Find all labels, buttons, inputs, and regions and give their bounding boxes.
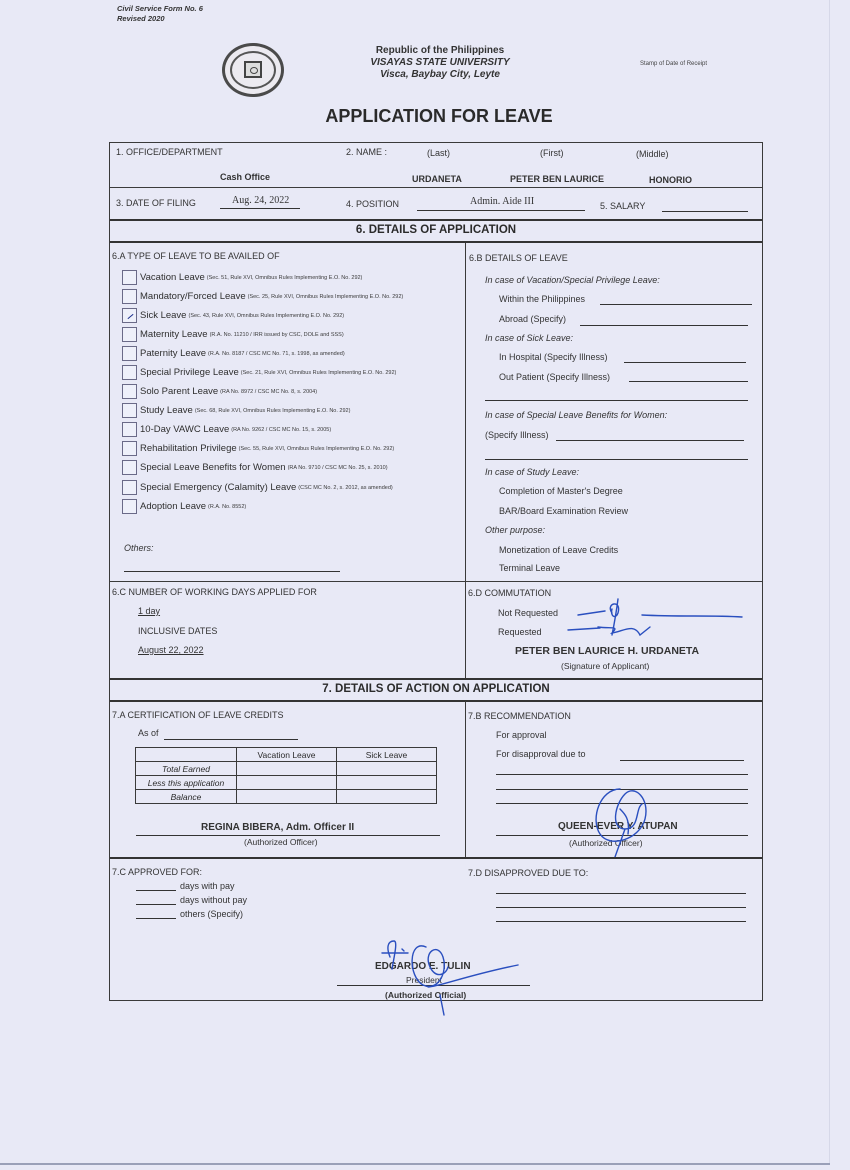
office-value[interactable]: Cash Office	[220, 172, 270, 182]
checkbox[interactable]	[122, 403, 137, 418]
section-7c-title: 7.C APPROVED FOR:	[112, 867, 202, 877]
column-sick-leave: Sick Leave	[337, 748, 437, 762]
section-7-title: 7. DETAILS OF ACTION ON APPLICATION	[110, 683, 762, 695]
university-name: VISAYAS STATE UNIVERSITY	[330, 57, 550, 69]
leave-form: 1. OFFICE/DEPARTMENT 2. NAME : (Last) (F…	[109, 142, 763, 1001]
requested-option[interactable]: Requested	[498, 627, 542, 637]
divider	[110, 187, 762, 188]
days-with-pay-label: days with pay	[180, 881, 235, 891]
applicant-signature-caption: (Signature of Applicant)	[561, 661, 649, 671]
leave-option-calamity[interactable]: Special Emergency (Calamity) Leave(CSC M…	[122, 479, 393, 496]
checkbox[interactable]	[122, 365, 137, 380]
other-purpose-heading: Other purpose:	[485, 525, 545, 535]
others-field[interactable]	[124, 571, 340, 572]
disapproved-reason-line[interactable]	[496, 907, 746, 908]
out-patient-label: Out Patient (Specify Illness)	[499, 372, 610, 382]
section-7b-title: 7.B RECOMMENDATION	[468, 711, 571, 721]
sick-heading: In case of Sick Leave:	[485, 333, 573, 343]
section-6d-title: 6.D COMMUTATION	[468, 588, 551, 598]
section-6a-title: 6.A TYPE OF LEAVE TO BE AVAILED OF	[112, 251, 280, 261]
date-of-filing-value[interactable]: Aug. 24, 2022	[232, 195, 289, 206]
leave-option-women[interactable]: Special Leave Benefits for Women(RA No. …	[122, 459, 388, 476]
for-disapproval-option[interactable]: For disapproval due to	[496, 749, 586, 759]
for-approval-option[interactable]: For approval	[496, 730, 547, 740]
others-specify-field[interactable]	[136, 918, 176, 919]
last-name-label: (Last)	[427, 148, 450, 158]
first-name-value[interactable]: PETER BEN LAURICE	[510, 174, 604, 184]
first-name-label: (First)	[540, 148, 564, 158]
leave-option-special-privilege[interactable]: Special Privilege Leave(Sec. 21, Rule XV…	[122, 364, 396, 381]
applicant-signature-icon	[550, 595, 750, 645]
table-row: Less this application	[136, 776, 437, 790]
last-name-value[interactable]: URDANETA	[412, 174, 462, 184]
section-6-title: 6. DETAILS OF APPLICATION	[110, 224, 762, 236]
form-revision: Revised 2020	[117, 14, 203, 24]
women-specify-field[interactable]	[556, 440, 744, 441]
table-header-row: Vacation Leave Sick Leave	[136, 748, 437, 762]
leave-option-vawc[interactable]: 10-Day VAWC Leave(RA No. 9262 / CSC MC N…	[122, 421, 331, 438]
certifying-officer-caption: (Authorized Officer)	[244, 837, 318, 847]
section-7d-title: 7.D DISAPPROVED DUE TO:	[468, 868, 588, 878]
applicant-name: PETER BEN LAURICE H. URDANETA	[515, 645, 699, 657]
section-6b-title: 6.B DETAILS OF LEAVE	[469, 253, 568, 263]
middle-name-label: (Middle)	[636, 149, 669, 159]
terminal-leave-option[interactable]: Terminal Leave	[499, 563, 560, 573]
checkbox[interactable]	[122, 499, 137, 514]
leave-option-paternity[interactable]: Paternity Leave(R.A. No. 8187 / CSC MC N…	[122, 345, 345, 362]
inclusive-dates-label: INCLUSIVE DATES	[138, 626, 217, 636]
women-specify-label: (Specify Illness)	[485, 430, 549, 440]
leave-option-maternity[interactable]: Maternity Leave(R.A. No. 11210 / IRR iss…	[122, 326, 344, 343]
section-7a-title: 7.A CERTIFICATION OF LEAVE CREDITS	[112, 710, 284, 720]
disapproved-reason-line[interactable]	[496, 921, 746, 922]
page-edge-bottom	[0, 1163, 830, 1165]
within-philippines-label: Within the Philippines	[499, 294, 585, 304]
in-hospital-label: In Hospital (Specify Illness)	[499, 352, 608, 362]
in-hospital-field[interactable]	[624, 362, 746, 363]
women-extra-field[interactable]	[485, 459, 748, 460]
checkbox[interactable]	[122, 346, 137, 361]
date-of-filing-label: 3. DATE OF FILING	[116, 198, 196, 208]
within-philippines-field[interactable]	[600, 304, 752, 305]
table-row: Balance	[136, 790, 437, 804]
masters-option[interactable]: Completion of Master's Degree	[499, 486, 623, 496]
sick-extra-field[interactable]	[485, 400, 748, 401]
page-title: APPLICATION FOR LEAVE	[0, 106, 850, 127]
abroad-field[interactable]	[580, 325, 748, 326]
leave-credits-table: Vacation Leave Sick Leave Total Earned L…	[135, 747, 437, 804]
certifying-officer-name: REGINA BIBERA, Adm. Officer II	[201, 822, 354, 833]
as-of-label: As of	[138, 728, 159, 738]
working-days-value[interactable]: 1 day	[138, 606, 160, 616]
checkbox[interactable]	[122, 441, 137, 456]
table-row: Total Earned	[136, 762, 437, 776]
approving-signature-icon	[368, 927, 528, 1017]
recommending-signature-icon	[580, 779, 670, 859]
university-address: Visca, Baybay City, Leyte	[330, 69, 550, 81]
checkbox[interactable]	[122, 460, 137, 475]
checkbox-checked[interactable]	[122, 308, 137, 323]
page-edge-right	[829, 0, 830, 1165]
study-heading: In case of Study Leave:	[485, 467, 579, 477]
out-patient-field[interactable]	[629, 381, 748, 382]
disapproval-reason-line[interactable]	[496, 774, 748, 775]
stamp-of-receipt-label: Stamp of Date of Receipt	[640, 61, 707, 67]
leave-option-rehabilitation[interactable]: Rehabilitation Privilege(Sec. 55, Rule X…	[122, 440, 394, 457]
abroad-label: Abroad (Specify)	[499, 314, 566, 324]
days-with-pay-field[interactable]	[136, 890, 176, 891]
vacation-heading: In case of Vacation/Special Privilege Le…	[485, 275, 660, 285]
checkbox[interactable]	[122, 384, 137, 399]
salary-label: 5. SALARY	[600, 201, 645, 211]
checkbox[interactable]	[122, 327, 137, 342]
inclusive-dates-value[interactable]: August 22, 2022	[138, 645, 204, 655]
section-6c-title: 6.C NUMBER OF WORKING DAYS APPLIED FOR	[112, 587, 317, 597]
as-of-field[interactable]	[164, 739, 298, 740]
leave-option-sick[interactable]: Sick Leave (Sec. 43, Rule XVI, Omnibus R…	[122, 307, 344, 324]
bar-review-option[interactable]: BAR/Board Examination Review	[499, 506, 628, 516]
monetization-option[interactable]: Monetization of Leave Credits	[499, 545, 618, 555]
column-vacation-leave: Vacation Leave	[237, 748, 337, 762]
others-label: Others:	[124, 543, 154, 553]
position-value[interactable]: Admin. Aide III	[470, 196, 534, 207]
position-label: 4. POSITION	[346, 199, 399, 209]
letterhead: Republic of the Philippines VISAYAS STAT…	[330, 45, 550, 81]
disapproval-reason-field[interactable]	[620, 760, 744, 761]
salary-field[interactable]	[662, 211, 748, 212]
name-label: 2. NAME :	[346, 147, 387, 157]
university-seal-icon	[222, 43, 284, 97]
days-without-pay-field[interactable]	[136, 904, 176, 905]
women-heading: In case of Special Leave Benefits for Wo…	[485, 410, 667, 420]
leave-option-vacation[interactable]: Vacation Leave(Sec. 51, Rule XVI, Omnibu…	[122, 269, 362, 286]
leave-option-mandatory[interactable]: Mandatory/Forced Leave(Sec. 25, Rule XVI…	[122, 288, 403, 305]
others-specify-label: others (Specify)	[180, 909, 243, 919]
republic-line: Republic of the Philippines	[330, 45, 550, 57]
days-without-pay-label: days without pay	[180, 895, 247, 905]
middle-name-value[interactable]: HONORIO	[649, 175, 692, 185]
office-label: 1. OFFICE/DEPARTMENT	[116, 147, 223, 157]
leave-option-study[interactable]: Study Leave(Sec. 68, Rule XVI, Omnibus R…	[122, 402, 350, 419]
disapproved-reason-line[interactable]	[496, 893, 746, 894]
leave-option-solo-parent[interactable]: Solo Parent Leave(RA No. 8972 / CSC MC N…	[122, 383, 317, 400]
leave-option-adoption[interactable]: Adoption Leave(R.A. No. 8552)	[122, 498, 246, 515]
checkbox[interactable]	[122, 270, 137, 285]
checkbox[interactable]	[122, 289, 137, 304]
form-id: Civil Service Form No. 6 Revised 2020	[117, 4, 203, 24]
form-number: Civil Service Form No. 6	[117, 4, 203, 14]
checkbox[interactable]	[122, 422, 137, 437]
checkbox[interactable]	[122, 480, 137, 495]
